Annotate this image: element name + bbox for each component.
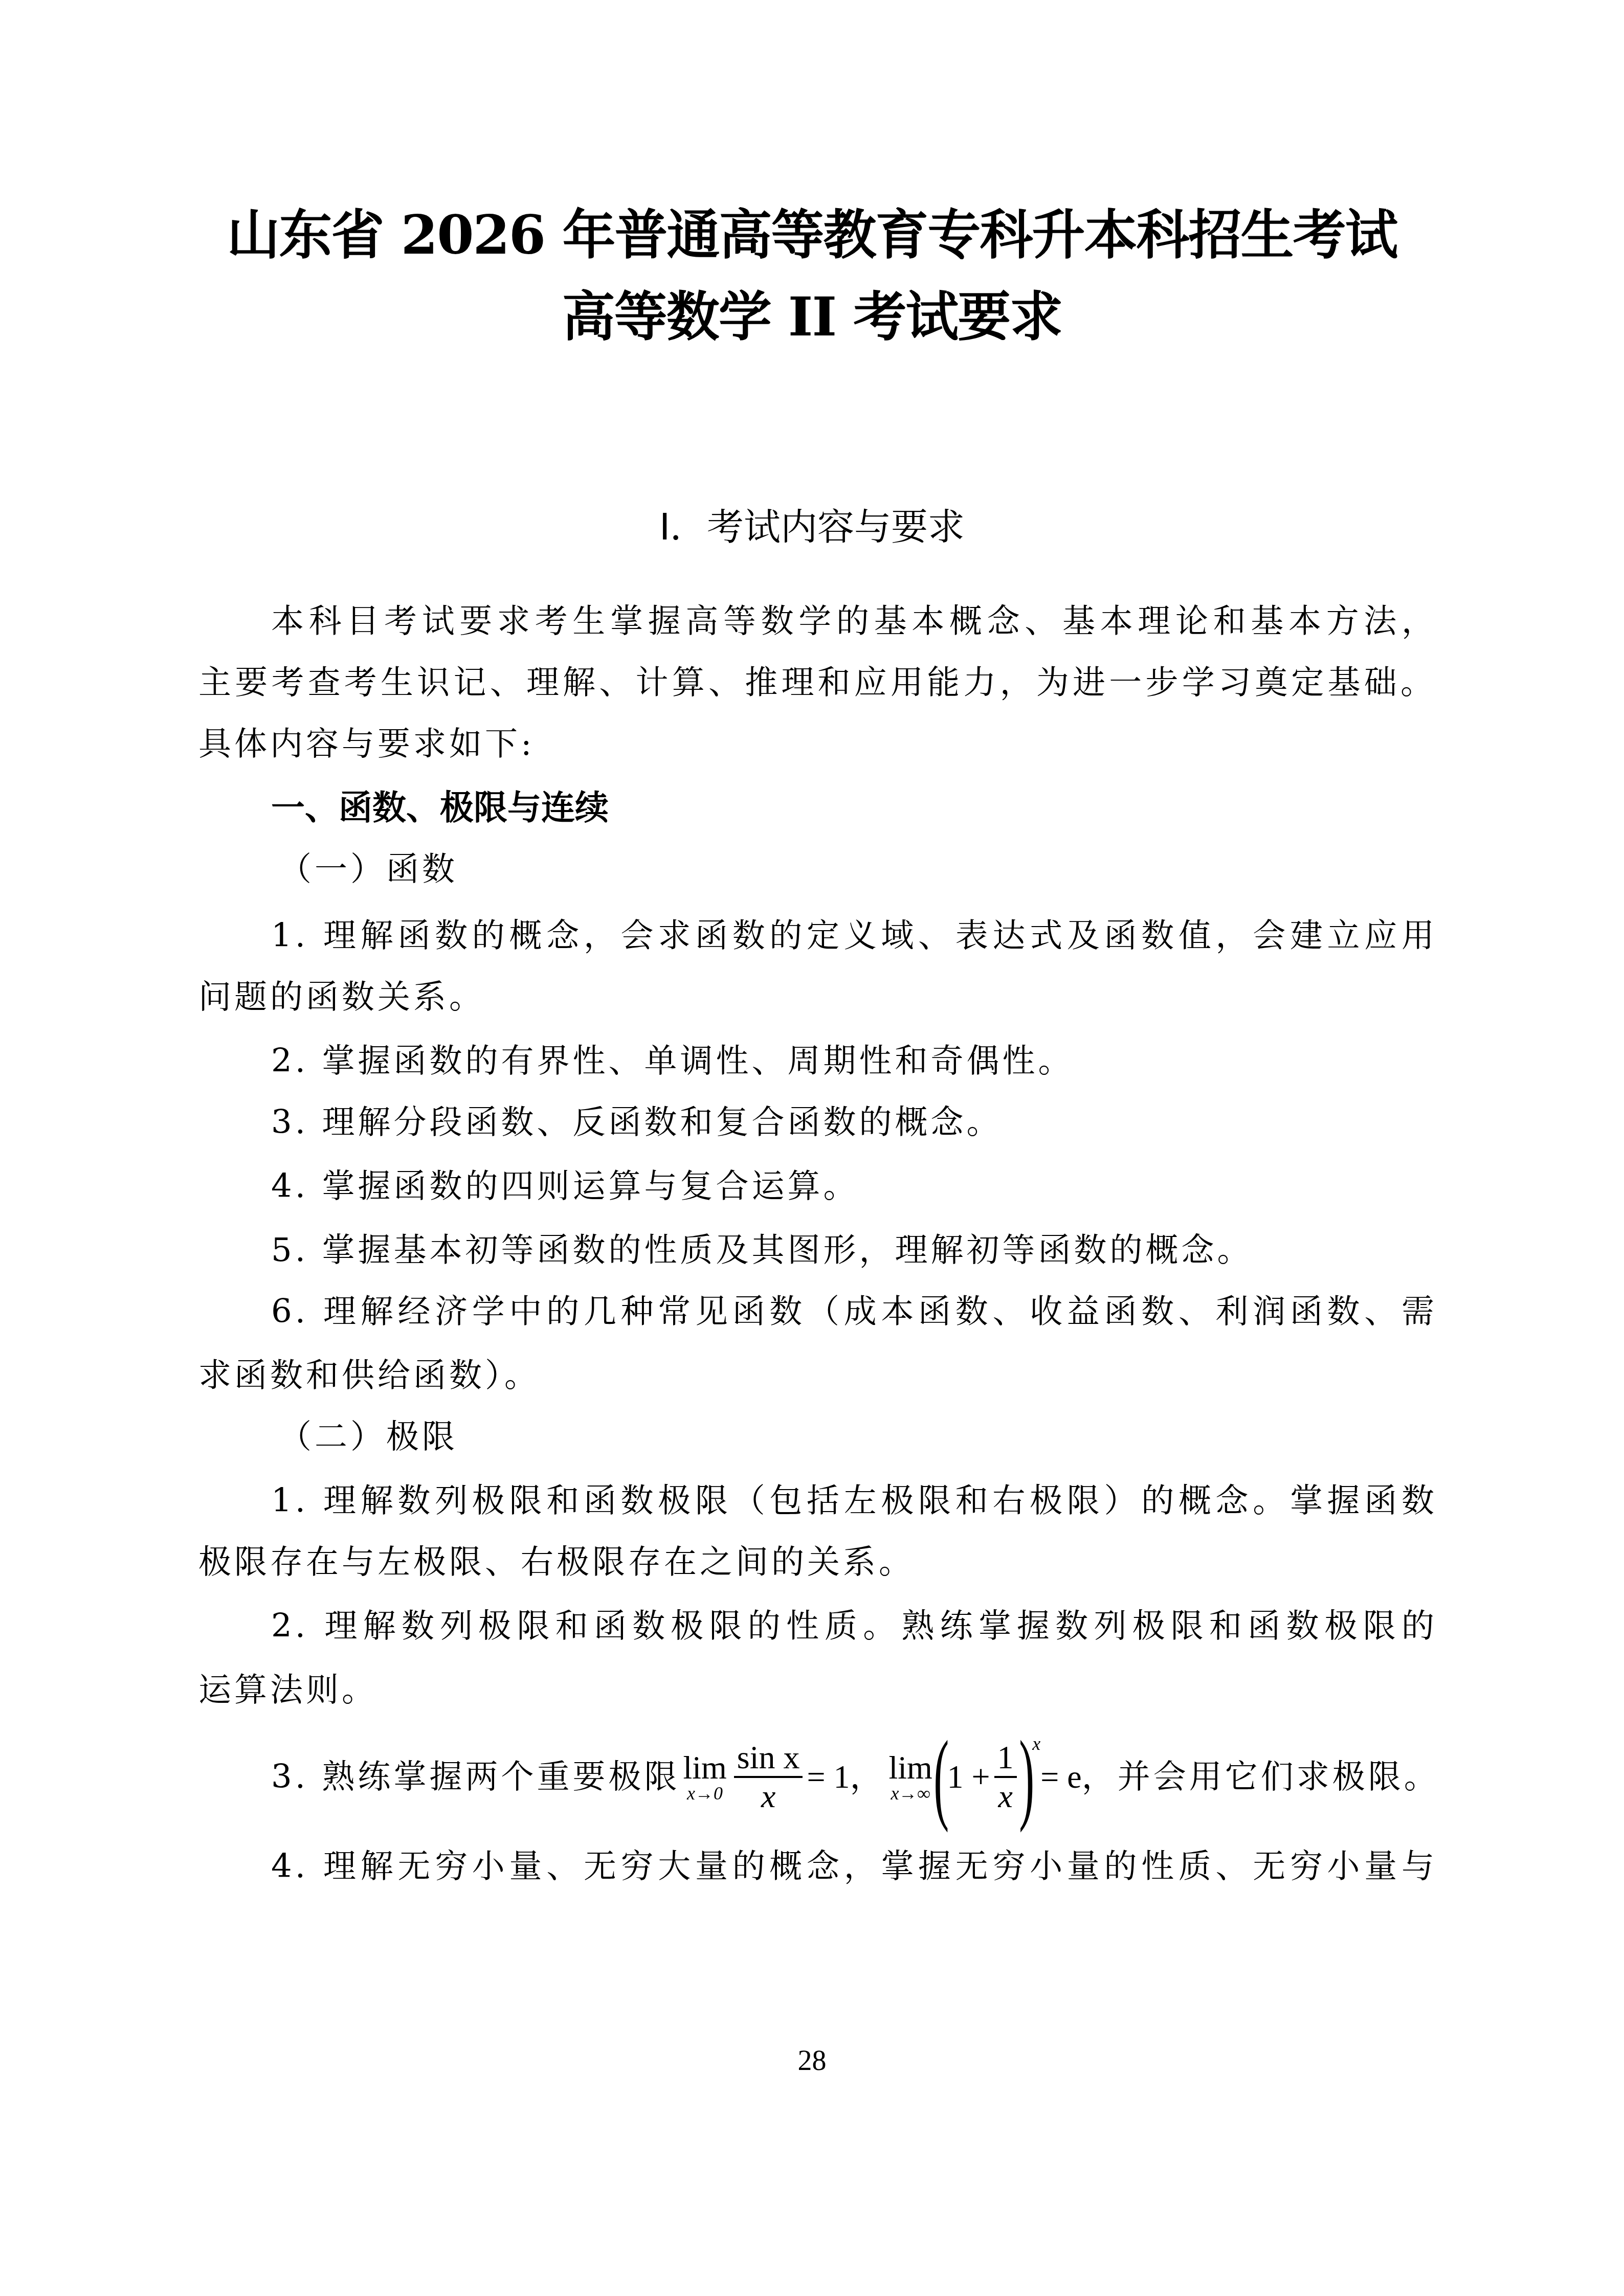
- list-item-continuation: 运算法则。: [198, 1667, 1436, 1713]
- list-item: 1. 理解函数的概念，会求函数的定义域、表达式及函数值，会建立应用: [271, 913, 1437, 959]
- formula-prefix: 3. 熟练掌握两个重要极限: [271, 1754, 680, 1800]
- list-item: 3. 理解分段函数、反函数和复合函数的概念。: [271, 1099, 1437, 1145]
- fraction-1-over-x: 1 x: [994, 1739, 1017, 1815]
- subsection-heading-limits: （二）极限: [279, 1414, 1517, 1460]
- list-item: 2. 掌握函数的有界性、单调性、周期性和奇偶性。: [271, 1038, 1437, 1084]
- document-title-line-1: 山东省 2026 年普通高等教育专科升本科招生考试: [0, 202, 1624, 268]
- list-item: 5. 掌握基本初等函数的性质及其图形，理解初等函数的概念。: [271, 1227, 1437, 1273]
- subsection-heading-functions: （一）函数: [279, 846, 1517, 892]
- intro-line-1: 本科目考试要求考生掌握高等数学的基本概念、基本理论和基本方法，: [271, 598, 1437, 644]
- fraction-sinx-over-x: sin x x: [734, 1739, 803, 1815]
- formula-1-rhs: = 1: [807, 1754, 850, 1800]
- formula-suffix: ，并会用它们求极限。: [1082, 1754, 1440, 1800]
- list-item: 6. 理解经济学中的几种常见函数（成本函数、收益函数、利润函数、需: [271, 1289, 1437, 1335]
- limit-operator-2: lim x→∞: [889, 1751, 932, 1803]
- document-title-line-2: 高等数学 II 考试要求: [0, 284, 1624, 350]
- formula-separator: ，: [850, 1754, 886, 1800]
- limit-operator-1: lim x→0: [683, 1751, 726, 1803]
- intro-line-2: 主要考查考生识记、理解、计算、推理和应用能力，为进一步学习奠定基础。: [198, 660, 1436, 706]
- list-item: 2. 理解数列极限和函数极限的性质。熟练掌握数列极限和函数极限的: [271, 1603, 1437, 1649]
- document-page: 山东省 2026 年普通高等教育专科升本科招生考试 高等数学 II 考试要求 I…: [0, 0, 1624, 2296]
- list-item-continuation: 极限存在与左极限、右极限存在之间的关系。: [198, 1539, 1436, 1585]
- list-item-continuation: 求函数和供给函数）。: [198, 1353, 1436, 1399]
- list-item-continuation: 问题的函数关系。: [198, 974, 1436, 1020]
- page-number: 28: [0, 2043, 1624, 2079]
- list-item-formula: 3. 熟练掌握两个重要极限 lim x→0 sin x x = 1 ， lim …: [271, 1726, 1437, 1828]
- list-item: 4. 理解无穷小量、无穷大量的概念，掌握无穷小量的性质、无穷小量与: [271, 1843, 1437, 1889]
- right-paren: ): [1019, 1726, 1034, 1828]
- left-paren: (: [933, 1726, 949, 1828]
- formula-2-base: 1 +: [947, 1754, 990, 1800]
- formula-2-rhs: = e: [1040, 1754, 1082, 1800]
- chapter-heading: 一、函数、极限与连续: [271, 785, 609, 831]
- section-heading: I．考试内容与要求: [0, 504, 1624, 550]
- intro-line-3: 具体内容与要求如下:: [198, 721, 1436, 767]
- list-item: 4. 掌握函数的四则运算与复合运算。: [271, 1163, 1437, 1209]
- list-item: 1. 理解数列极限和函数极限（包括左极限和右极限）的概念。掌握函数: [271, 1478, 1437, 1524]
